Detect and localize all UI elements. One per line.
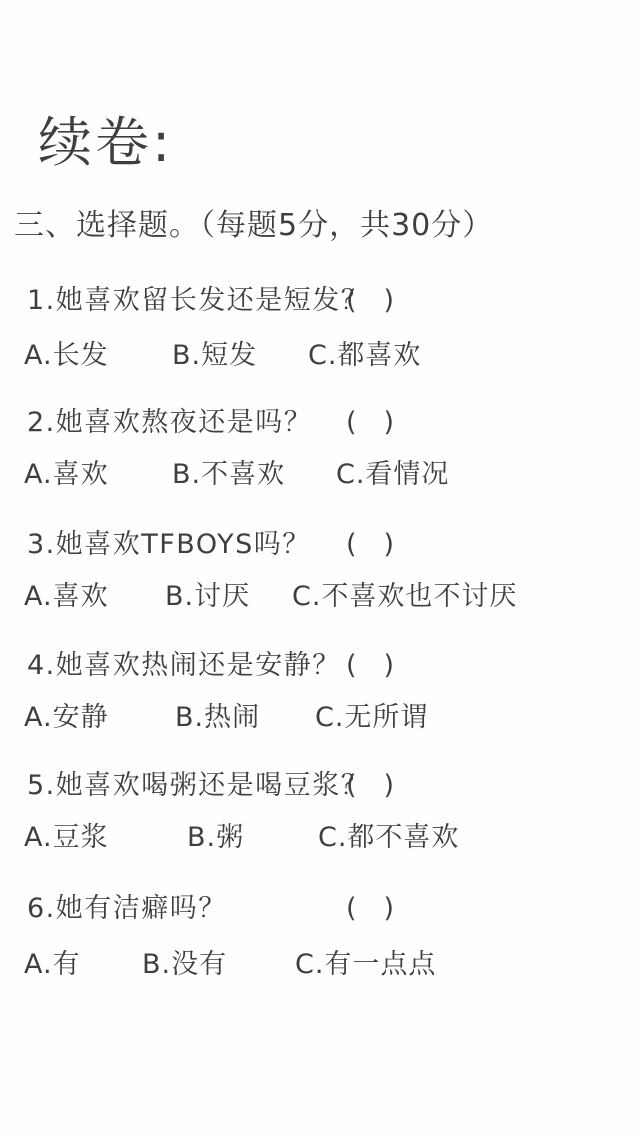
option-a: A.豆浆: [24, 815, 109, 854]
question-text: 4.她喜欢热闹还是安静？: [27, 643, 341, 682]
option-c: C.都喜欢: [308, 333, 421, 372]
question-2: 2.她喜欢熬夜还是吗？ ( ) A.喜欢 B.不喜欢 C.看情况: [0, 400, 640, 510]
question-text: 2.她喜欢熬夜还是吗？: [27, 400, 312, 439]
option-b: B.没有: [142, 942, 227, 981]
answer-bracket: ( ): [346, 522, 394, 561]
question-text: 3.她喜欢TFBOYS吗？: [27, 522, 311, 561]
options-row: A.有 B.没有 C.有一点点: [0, 942, 640, 976]
option-c: C.有一点点: [295, 942, 436, 981]
option-a: A.长发: [24, 333, 109, 372]
question-6: 6.她有洁癖吗？ ( ) A.有 B.没有 C.有一点点: [0, 886, 640, 996]
option-a: A.安静: [24, 695, 109, 734]
question-1: 1.她喜欢留长发还是短发？ ( ) A.长发 B.短发 C.都喜欢: [0, 278, 640, 388]
option-c: C.都不喜欢: [318, 815, 459, 854]
section-header: 三、选择题。（每题5分，共30分）: [14, 200, 493, 244]
option-a: A.有: [24, 942, 81, 981]
answer-bracket: ( ): [346, 643, 394, 682]
option-b: B.不喜欢: [172, 452, 285, 491]
option-a: A.喜欢: [24, 452, 109, 491]
option-a: A.喜欢: [24, 574, 109, 613]
option-c: C.无所谓: [315, 695, 428, 734]
option-b: B.短发: [172, 333, 257, 372]
options-row: A.长发 B.短发 C.都喜欢: [0, 333, 640, 367]
option-c: C.不喜欢也不讨厌: [292, 574, 517, 613]
options-row: A.豆浆 B.粥 C.都不喜欢: [0, 815, 640, 849]
question-5: 5.她喜欢喝粥还是喝豆浆？ ( ) A.豆浆 B.粥 C.都不喜欢: [0, 763, 640, 873]
question-3: 3.她喜欢TFBOYS吗？ ( ) A.喜欢 B.讨厌 C.不喜欢也不讨厌: [0, 522, 640, 632]
answer-bracket: ( ): [346, 278, 394, 317]
exam-paper: 续卷: 三、选择题。（每题5分，共30分） 1.她喜欢留长发还是短发？ ( ) …: [0, 0, 640, 1138]
option-b: B.讨厌: [165, 574, 250, 613]
question-text: 5.她喜欢喝粥还是喝豆浆？: [27, 763, 369, 802]
paper-title: 续卷:: [38, 100, 173, 177]
question-4: 4.她喜欢热闹还是安静？ ( ) A.安静 B.热闹 C.无所谓: [0, 643, 640, 753]
question-text: 6.她有洁癖吗？: [27, 886, 227, 925]
answer-bracket: ( ): [346, 763, 394, 802]
answer-bracket: ( ): [346, 886, 394, 925]
options-row: A.喜欢 B.讨厌 C.不喜欢也不讨厌: [0, 574, 640, 608]
answer-bracket: ( ): [346, 400, 394, 439]
option-c: C.看情况: [336, 452, 449, 491]
question-text: 1.她喜欢留长发还是短发？: [27, 278, 369, 317]
option-b: B.粥: [187, 815, 244, 854]
options-row: A.喜欢 B.不喜欢 C.看情况: [0, 452, 640, 486]
options-row: A.安静 B.热闹 C.无所谓: [0, 695, 640, 729]
option-b: B.热闹: [175, 695, 260, 734]
